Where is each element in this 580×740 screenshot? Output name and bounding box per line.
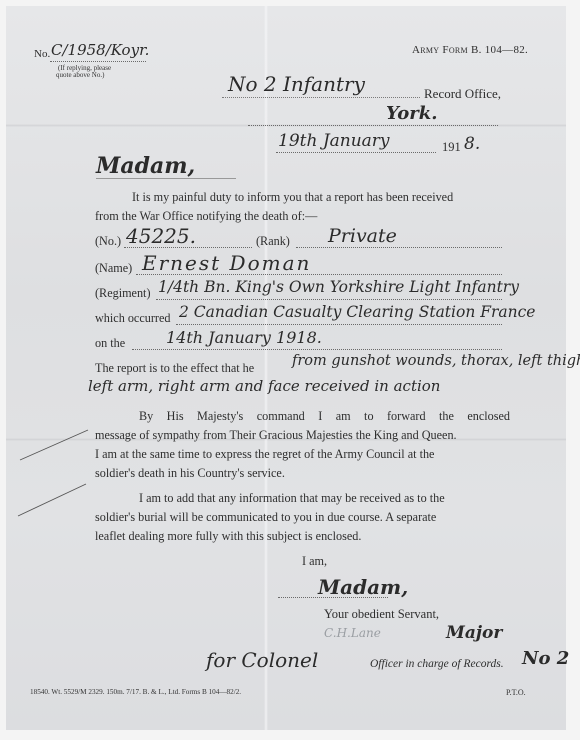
office-label: Record Office, [424,86,501,102]
form-number: Army Form B. 104—82. [412,44,528,56]
faint-signature: C.H.Lane [324,626,381,640]
closing-madam: Madam, [318,575,408,599]
no-underline [124,247,252,248]
salutation: Madam, [96,153,195,179]
salutation-underline [96,178,236,179]
for-colonel: for Colonel [206,648,318,672]
major-signature: Major [446,623,502,643]
para2-line1: By His Majesty's command I am to forward… [139,409,510,424]
letter-paper: No. C/1958/Koyr. (If replying, please qu… [6,6,566,730]
no-value: 45225. [126,224,196,248]
report-value-line1: from gunshot wounds, thorax, left thigh, [292,353,580,369]
officer-label: Officer in charge of Records. [370,658,504,670]
para3-line1: I am to add that any information that ma… [139,491,445,506]
para2-line4: soldier's death in his Country's service… [95,466,285,481]
office-underline [222,97,420,98]
obedient-servant: Your obedient Servant, [324,607,439,622]
occurred-label: which occurred [95,311,170,326]
rank-underline [296,247,502,248]
occurred-value: 2 Canadian Casualty Clearing Station Fra… [179,303,535,321]
ref-prefix: No. [34,48,50,60]
city-underline [248,125,498,126]
on-label: on the [95,336,125,351]
para2-line3: I am at the same time to express the reg… [95,447,434,462]
i-am: I am, [302,554,327,569]
occurred-underline [176,324,502,325]
para2-line2: message of sympathy from Their Gracious … [95,428,457,443]
pto: P.T.O. [506,688,526,697]
rank-value: Private [328,225,397,247]
ref-number: C/1958/Koyr. [51,41,149,59]
office-handwritten: No 2 Infantry [228,72,365,96]
report-label: The report is to the effect that he [95,361,254,376]
regiment-value: 1/4th Bn. King's Own Yorkshire Light Inf… [158,278,519,296]
rank-label: (Rank) [256,234,290,249]
name-underline [136,274,502,275]
office-city: York. [386,103,438,124]
regiment-label: (Regiment) [95,286,151,301]
on-underline [132,349,502,350]
name-value: Ernest Doman [142,251,311,275]
para3-line2: soldier's burial will be communicated to… [95,510,436,525]
date-handwritten: 19th January [278,131,390,151]
date-underline [276,152,436,153]
report-value-line2: left arm, right arm and face received in… [88,377,440,395]
officer-suffix: No 2 [522,648,569,669]
ref-underline [50,61,146,62]
para3-line3: leaflet dealing more fully with this sub… [95,529,361,544]
regiment-underline [156,299,502,300]
print-info: 18540. Wt. 5529/M 2329. 150m. 7/17. B. &… [30,688,241,696]
no-label: (No.) [95,234,121,249]
date-year-prefix: 191 [442,140,461,155]
on-value: 14th January 1918. [166,328,322,347]
name-label: (Name) [95,261,132,276]
intro-line1: It is my painful duty to inform you that… [132,190,453,205]
fold-crease [264,6,268,730]
madam-underline [278,597,388,598]
margin-mark [12,426,92,526]
intro-line2: from the War Office notifying the death … [95,209,317,224]
reply-note-line2: quote above No.) [56,71,104,79]
date-year-digit: 8. [464,134,480,154]
